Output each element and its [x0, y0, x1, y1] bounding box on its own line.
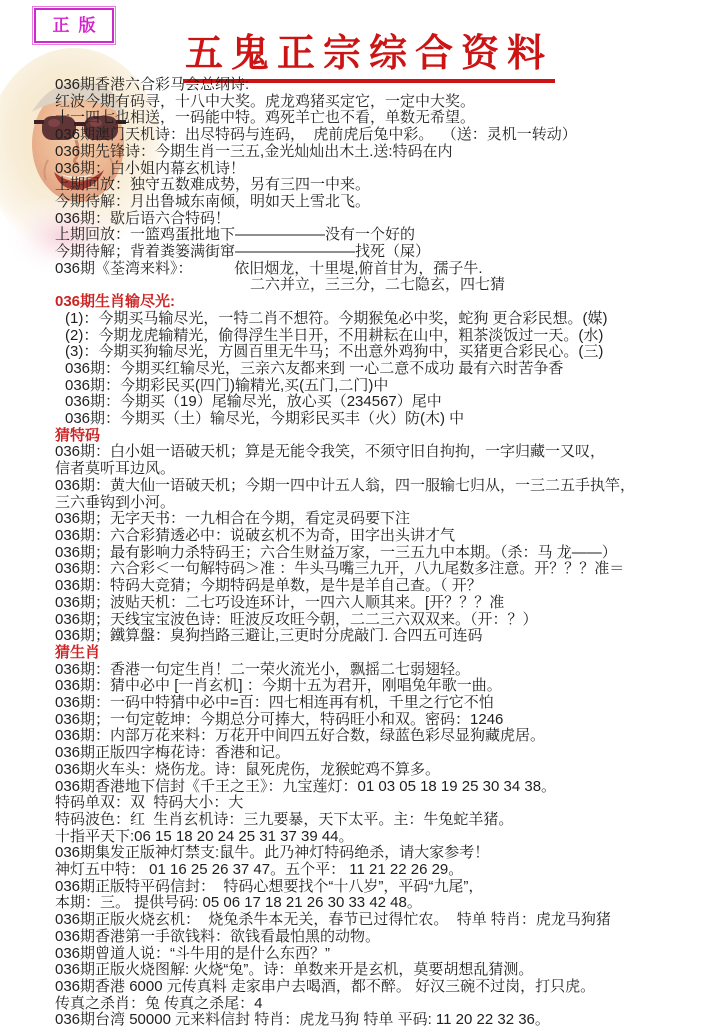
text-line: 今期待解：月出鲁城东南倾，明如天上雪北飞。 [55, 194, 700, 211]
text-line: 036期正版火烧玄机： 烧兔杀牛本无关，春节已过得忙农。 特单 特肖：虎龙马狗猪 [55, 912, 700, 929]
text-line: 红波今期有码寻，十八中大奖。虎龙鸡猪买定它，一定中大奖。 [55, 94, 700, 111]
text-line: 036期：香港一句定生肖！二一荣火流光小，飘摇二七弱翅轻。 [55, 662, 700, 679]
text-line: 036期；鐵算盤：臭狗挡路三避让,三更时分虎敲门. 合四五可连码 [55, 628, 700, 645]
text-line: 二六并立，三三分，二七隐玄，四七猜 [55, 277, 700, 294]
text-line: 十指平天下:06 15 18 20 24 25 31 37 39 44。 [55, 829, 700, 846]
text-line: 036期：黄大仙一语破天机；今期一四中计五人翁，四一服输七归从，一三二五手执竿， [55, 478, 700, 495]
text-line: 036期：猜中必中 [一肖玄机] ：今期十五为君开，刚唱兔年歌一曲。 [55, 678, 700, 695]
text-line: 036期：六合彩＜一句解特码＞准 ：牛头马嘴三九开，八九尾数多注意。开？？？准＝ [55, 561, 700, 578]
text-line: 信者莫听耳边风。 [55, 461, 700, 478]
page-title: 五鬼正宗综合资料 [183, 22, 555, 83]
text-line: (3)：今期买狗输尽光，方圆百里无牛马；不出意外鸡狗中，买猪更合彩民心。(三) [55, 344, 700, 361]
text-line: 036期香港第一手欲钱料：欲钱看最怕黑的动物。 [55, 929, 700, 946]
text-line: 本期：三。 提供号码: 05 06 17 18 21 26 30 33 42 4… [55, 895, 700, 912]
text-line: 036期；一句定乾坤：今期总分可捧大，特码旺小和双。密码：1246 [55, 712, 700, 729]
text-line: 036期；天线宝宝波色诗：旺波反攻旺今朝，二二三六双双来。（开：？） [55, 612, 700, 629]
text-line: 036期：一码中特猜中必中=百：四七相连再有机，千里之行它不怕 [55, 695, 700, 712]
text-line: 神灯五中特： 01 16 25 26 37 47。五个平： 11 21 22 2… [55, 862, 700, 879]
text-line: (1)：今期买马输尽光，一特二肖不想符。今期猴兔必中奖，蛇狗 更合彩民想。(媒) [55, 311, 700, 328]
text-line: 036期澳门天机诗：出尽特码与连码， 虎前虎后兔中彩。 （送：灵机一转动） [55, 127, 700, 144]
section-header: 036期生肖输尽光: [55, 294, 700, 311]
text-line: 三六垂钩到小河。 [55, 495, 700, 512]
text-line: 036期正版火烧图解: 火烧“兔”。诗：单数来开是玄机，莫要胡想乱猜测。 [55, 962, 700, 979]
text-line: 036期台湾 50000 元来料信封 特肖：虎龙马狗 特单 平码: 11 20 … [55, 1012, 700, 1027]
text-line: 036期正版特平码信封： 特码心想要找个“十八岁”，平码“九尾”， [55, 879, 700, 896]
text-line: 036期：今期买红输尽光，三亲六友都来到 一心二意不成功 最有六时苦争香 [55, 361, 700, 378]
text-line: 036期；波贴天机：二七巧设连环计，一四六人顺其来。[开？？？准 [55, 595, 700, 612]
authentic-badge: 正版 [34, 8, 114, 43]
lottery-info-page: 正版 [0, 0, 703, 1027]
text-line: 上期回放：一篮鸡蛋批地下——————没有一个好的 [55, 227, 700, 244]
text-line: 036期集发正版神灯禁支:鼠牛。此乃神灯特码绝杀，请大家参考！ [55, 845, 700, 862]
text-line: 十一四七也相送，一码能中特。鸡死羊亡也不看，单数无希望。 [55, 110, 700, 127]
text-line: 特码波色：红 生肖玄机诗：三九要暴，天下太平。主：牛兔蛇羊猪。 [55, 812, 700, 829]
text-line: 036期火车头：烧伤龙。诗：鼠死虎伤，龙猴蛇鸡不算多。 [55, 762, 700, 779]
section-header: 猜生肖 [55, 645, 700, 662]
text-line: 036期香港地下信封《千王之王》：九宝莲灯：01 03 05 18 19 25 … [55, 779, 700, 796]
text-line: 036期；最有影响力杀特码王；六合生财益万家，一三五九中本期。（杀：马 龙——） [55, 545, 700, 562]
text-line: 036期香港 6000 元传真料 走家串户去喝酒，都不醉。 好汉三碗不过岗，打只… [55, 979, 700, 996]
text-line: 特码单双：双 特码大小：大 [55, 795, 700, 812]
text-line: 036期正版四字梅花诗：香港和记。 [55, 745, 700, 762]
authentic-badge-label: 正版 [53, 16, 105, 35]
text-line: (2)：今期龙虎输精光，偷得浮生半日开，不用耕耘在山中，粗茶淡饭过一天。(水) [55, 328, 700, 345]
text-line: 036期：今期买（19）尾输尽光，放心买（234567）尾中 [55, 394, 700, 411]
content-lines: 036期香港六合彩马会总纲诗:红波今期有码寻，十八中大奖。虎龙鸡猪买定它，一定中… [55, 77, 700, 1027]
text-line: 036期；无字天书：一九相合在今期，看定灵码要下注 [55, 511, 700, 528]
text-line: 036期香港六合彩马会总纲诗: [55, 77, 700, 94]
text-line: 036期：今期买（土）输尽光，今期彩民买丰（火）防(木) 中 [55, 411, 700, 428]
text-line: 传真之杀肖：兔 传真之杀尾：4 [55, 996, 700, 1013]
text-line: 036期先锋诗：今期生肖一三五,金光灿灿出木土.送:特码在内 [55, 144, 700, 161]
text-line: 036期：六合彩猜透必中：说破玄机不为奇，田字出头讲才气 [55, 528, 700, 545]
text-line: 036期《荃湾来料》： 依旧烟龙，十里堤,俯首甘为，孺子牛. [55, 261, 700, 278]
text-line: 今期待解；背着粪篓满街窜————————找死（屎） [55, 244, 700, 261]
text-line: 036期：白小姐一语破天机；算是无能令我笑，不须守旧自拘拘，一字归藏一又叹， [55, 444, 700, 461]
text-line: 036期：内部万花来料：万花开中间四五好合数，绿蓝色彩尽显狗藏虎居。 [55, 728, 700, 745]
text-line: 036期：今期彩民买(四门)输精光,买(五门,二门)中 [55, 378, 700, 395]
text-line: 036期曾道人说：“斗牛用的是什么东西？” [55, 946, 700, 963]
text-line: 上期回放：独守五数难成势，另有三四一中来。 [55, 177, 700, 194]
section-header: 猜特码 [55, 428, 700, 445]
text-line: 036期：歇后语六合特码！ [55, 211, 700, 228]
text-line: 036期：特码大竞猜；今期特码是单数，是牛是羊自己查。（ 开？ [55, 578, 700, 595]
text-line: 036期：白小姐内幕玄机诗！ [55, 161, 700, 178]
